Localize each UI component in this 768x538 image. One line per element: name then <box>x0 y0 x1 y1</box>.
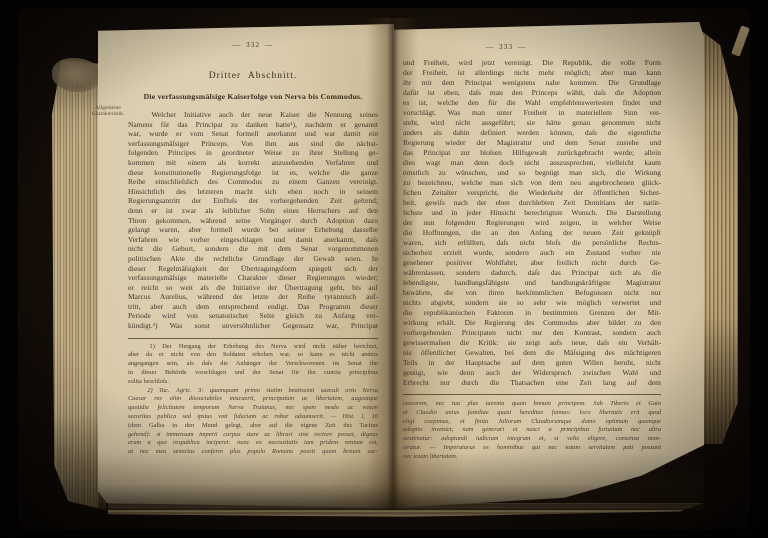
text-line: securitas publica sed ipsius voti fiduci… <box>128 413 378 422</box>
text-line: war, wurde er vom Senat formell anerkann… <box>128 129 378 139</box>
text-line: denn er ist zwar als leiblicher Sohn ein… <box>128 206 378 216</box>
text-line: Thron gekommen, während seine Vorgänger … <box>128 216 378 226</box>
text-line: heit, gewiſs nach der eben durchlebten Z… <box>403 198 661 208</box>
right-page-number: — 333 — <box>403 42 609 51</box>
text-line: anders als dahin definiert werden können… <box>403 128 661 138</box>
text-line: dafür ist eben, daſs man den Princeps wä… <box>403 88 661 98</box>
text-line: der nun folgenden Regierungen wird zeige… <box>403 218 661 228</box>
text-line: ihr mit dem Principat wenigstens nahe ko… <box>403 78 661 88</box>
text-line: adoptio inveniet; nam generari et nasci … <box>403 426 661 435</box>
text-line: er reicht so weit als die Initiative der… <box>128 283 378 293</box>
text-line: lebendigste, handlungsfähigste und handl… <box>403 278 661 288</box>
text-line: zu bezeichnen, welche man sich von dem n… <box>403 178 661 188</box>
text-line: der Freiheit, ist allerdings nicht mehr … <box>403 68 661 78</box>
text-line: quotidie felicitatem temporum Nerva Trai… <box>128 404 378 413</box>
text-line: und Freiheit, wird jetzt vereinigt. Die … <box>403 58 661 68</box>
book-photo: — 332 — Dritter Abschnitt. Die verfassun… <box>0 0 768 538</box>
text-line: Namens für das Principat zu danken hatte… <box>128 120 378 130</box>
text-line: et Claudio unius familiae quasi heredita… <box>403 409 661 418</box>
text-line: aestimatur: adoptandi iudicium integrum … <box>403 435 661 444</box>
text-line: Welcher Initiative auch der neue Kaiser … <box>128 110 378 120</box>
text-line: 1) Der Hergang der Erhebung des Nerva wi… <box>128 343 378 352</box>
text-line: gewissermaſsen die Kritik: sie zeigt auf… <box>403 338 661 348</box>
text-line: vorhergehenden Principaten nicht nur den… <box>403 328 661 338</box>
text-line: nec totam libertatem. <box>403 453 661 462</box>
text-line: politischen Akte die rechtliche Grundlag… <box>128 254 378 264</box>
text-line: Erbrecht nur durch die Thatsachen eine Z… <box>403 378 661 388</box>
text-line: es ist, welche den für die Wahl empfehle… <box>403 98 661 108</box>
text-line: (dem Galba in den Mund gelegt, aber auf … <box>128 422 378 431</box>
left-footnote-1: 1) Der Hergang der Erhebung des Nerva wi… <box>128 343 378 387</box>
text-line: die republikanischen Faktoren in bestimm… <box>403 308 661 318</box>
text-line: genügt, wie denn auch der Widerspruch zw… <box>403 368 661 378</box>
text-line: gehend): si immensum imperii corpus star… <box>128 431 378 440</box>
text-line: verfassungsmäſsige materielle Charakter … <box>128 273 378 283</box>
text-line: eram a quo respublica inciperet: nunc eo… <box>128 439 378 448</box>
text-line: die Hoffnungen, die an den Anfang der ne… <box>403 228 661 238</box>
text-line: in dieser Behörde vorschlugen und der Se… <box>128 369 378 378</box>
footnote-separator-right <box>403 394 661 395</box>
worn-corner <box>52 58 102 92</box>
text-line: diese konstitutionelle Regierungsfolge i… <box>128 168 378 178</box>
right-footnote: cessorem, nec tua plus iuventa quam bonu… <box>403 400 661 462</box>
right-page-text: — 333 — und Freiheit, wird jetzt vereini… <box>403 42 661 462</box>
section-heading: Dritter Abschnitt. <box>128 71 378 81</box>
text-line: gesehener positiver Wohlfahrt, aber frei… <box>403 258 661 268</box>
text-line: verfassungsmäſsiger Princeps. Von ihm au… <box>128 139 378 149</box>
text-line: kommen mit einem als korrekt anzusehende… <box>128 158 378 168</box>
text-line: das Principat zur bloſsen Hilfsgewalt zu… <box>403 148 661 158</box>
text-line: bewährte, die von ihren herkömmlichen Be… <box>403 288 661 298</box>
page-edge-stack-left <box>52 60 106 510</box>
text-line: währenlassen, sondern dadurch, daſs das … <box>403 268 661 278</box>
chapter-heading: Die verfassungsmäſsige Kaiserfolge von N… <box>128 92 378 101</box>
text-line: nicht die Geburt, sondern die mit dem Se… <box>128 244 378 254</box>
text-line: stratur. — Imperaturus es hominibus qui … <box>403 444 661 453</box>
text-line: 2) Tac. Agric. 3: quamquam primo statim … <box>128 387 378 396</box>
text-line: wirkung erhält. Die Regierung des Commod… <box>403 318 661 328</box>
text-line: angegangen sein, als daſs die Anhänger d… <box>128 360 378 369</box>
text-line: Caesar res olim dissociabiles miscuerit,… <box>128 395 378 404</box>
text-line: Regierung wieder der Magistratur und dem… <box>403 138 661 148</box>
text-line: vorschlägt. Was man unter Freiheit in ma… <box>403 108 661 118</box>
text-line: Reihe einschlieſslich des Commodus zu ei… <box>128 177 378 187</box>
footnote-separator-left <box>128 338 378 339</box>
text-line: Teils in der Hauptsache auf dem guten Wi… <box>403 358 661 368</box>
margin-note: Allgemeine Charakteristik. <box>90 105 126 117</box>
text-line: sicherheit erzielt wurde, sondern auch e… <box>403 248 661 258</box>
text-line: aber da er nicht von den Soldaten erhobe… <box>128 351 378 360</box>
text-line: kündigt.²) Was sonst unversöhnlicher Geg… <box>128 321 378 331</box>
text-line: Hinsichtlich des letzteren macht sich eb… <box>128 187 378 197</box>
text-line: steht, wird nicht ausgeführt; sie hätte … <box>403 118 661 128</box>
text-line: Verfahren wie vorher eingeschlagen und d… <box>128 235 378 245</box>
text-line: nichts abgiebt, sondern sie so sehr wie … <box>403 298 661 308</box>
text-line: eligi coepimus, et finita Juliorum Claud… <box>403 418 661 427</box>
text-line: gelangt waren, aber formell wurde bei se… <box>128 225 378 235</box>
text-line: cessorem, nec tua plus iuventa quam bonu… <box>403 400 661 409</box>
text-line: tritt, aber auch dem entsprechend endigt… <box>128 302 378 312</box>
text-line: waren, sich erfüllten, daſs nicht bloſs … <box>403 238 661 248</box>
text-line: ernstlich zu wünschen, und so begnügt ma… <box>403 168 661 178</box>
text-line: folgenden Principes in geordneter Weise … <box>128 148 378 158</box>
text-line: Regierungsantritt der Einfluſs der vorhe… <box>128 196 378 206</box>
right-body-text: und Freiheit, wird jetzt vereinigt. Die … <box>403 58 661 388</box>
text-line: Marcus Aurelius, während der letzte der … <box>128 292 378 302</box>
margin-note-line: Charakteristik. <box>90 111 126 117</box>
text-line: nis öffentlicher Gewalten, bei dem die M… <box>403 348 661 358</box>
text-line: solita beschloſs. <box>128 378 378 387</box>
left-footnote-2: 2) Tac. Agric. 3: quamquam primo statim … <box>128 387 378 457</box>
text-line: dies wagt man denn doch nicht auszusprec… <box>403 158 661 168</box>
text-line: lichste und in jeder Hinsicht berechtigt… <box>403 208 661 218</box>
text-line: ut nec mea senectus conferre plus populo… <box>128 448 378 457</box>
text-line: Periode wird von senatorischer Seite gle… <box>128 311 378 321</box>
left-body-text: Welcher Initiative auch der neue Kaiser … <box>128 110 378 331</box>
text-line: dieser Regelmäſsigkeit der Übertragungsf… <box>128 264 378 274</box>
text-line: lichen Zeitalter verspricht, die Wiederk… <box>403 188 661 198</box>
left-page-number: — 332 — <box>128 40 378 49</box>
left-page-text: — 332 — Dritter Abschnitt. Die verfassun… <box>128 40 378 457</box>
